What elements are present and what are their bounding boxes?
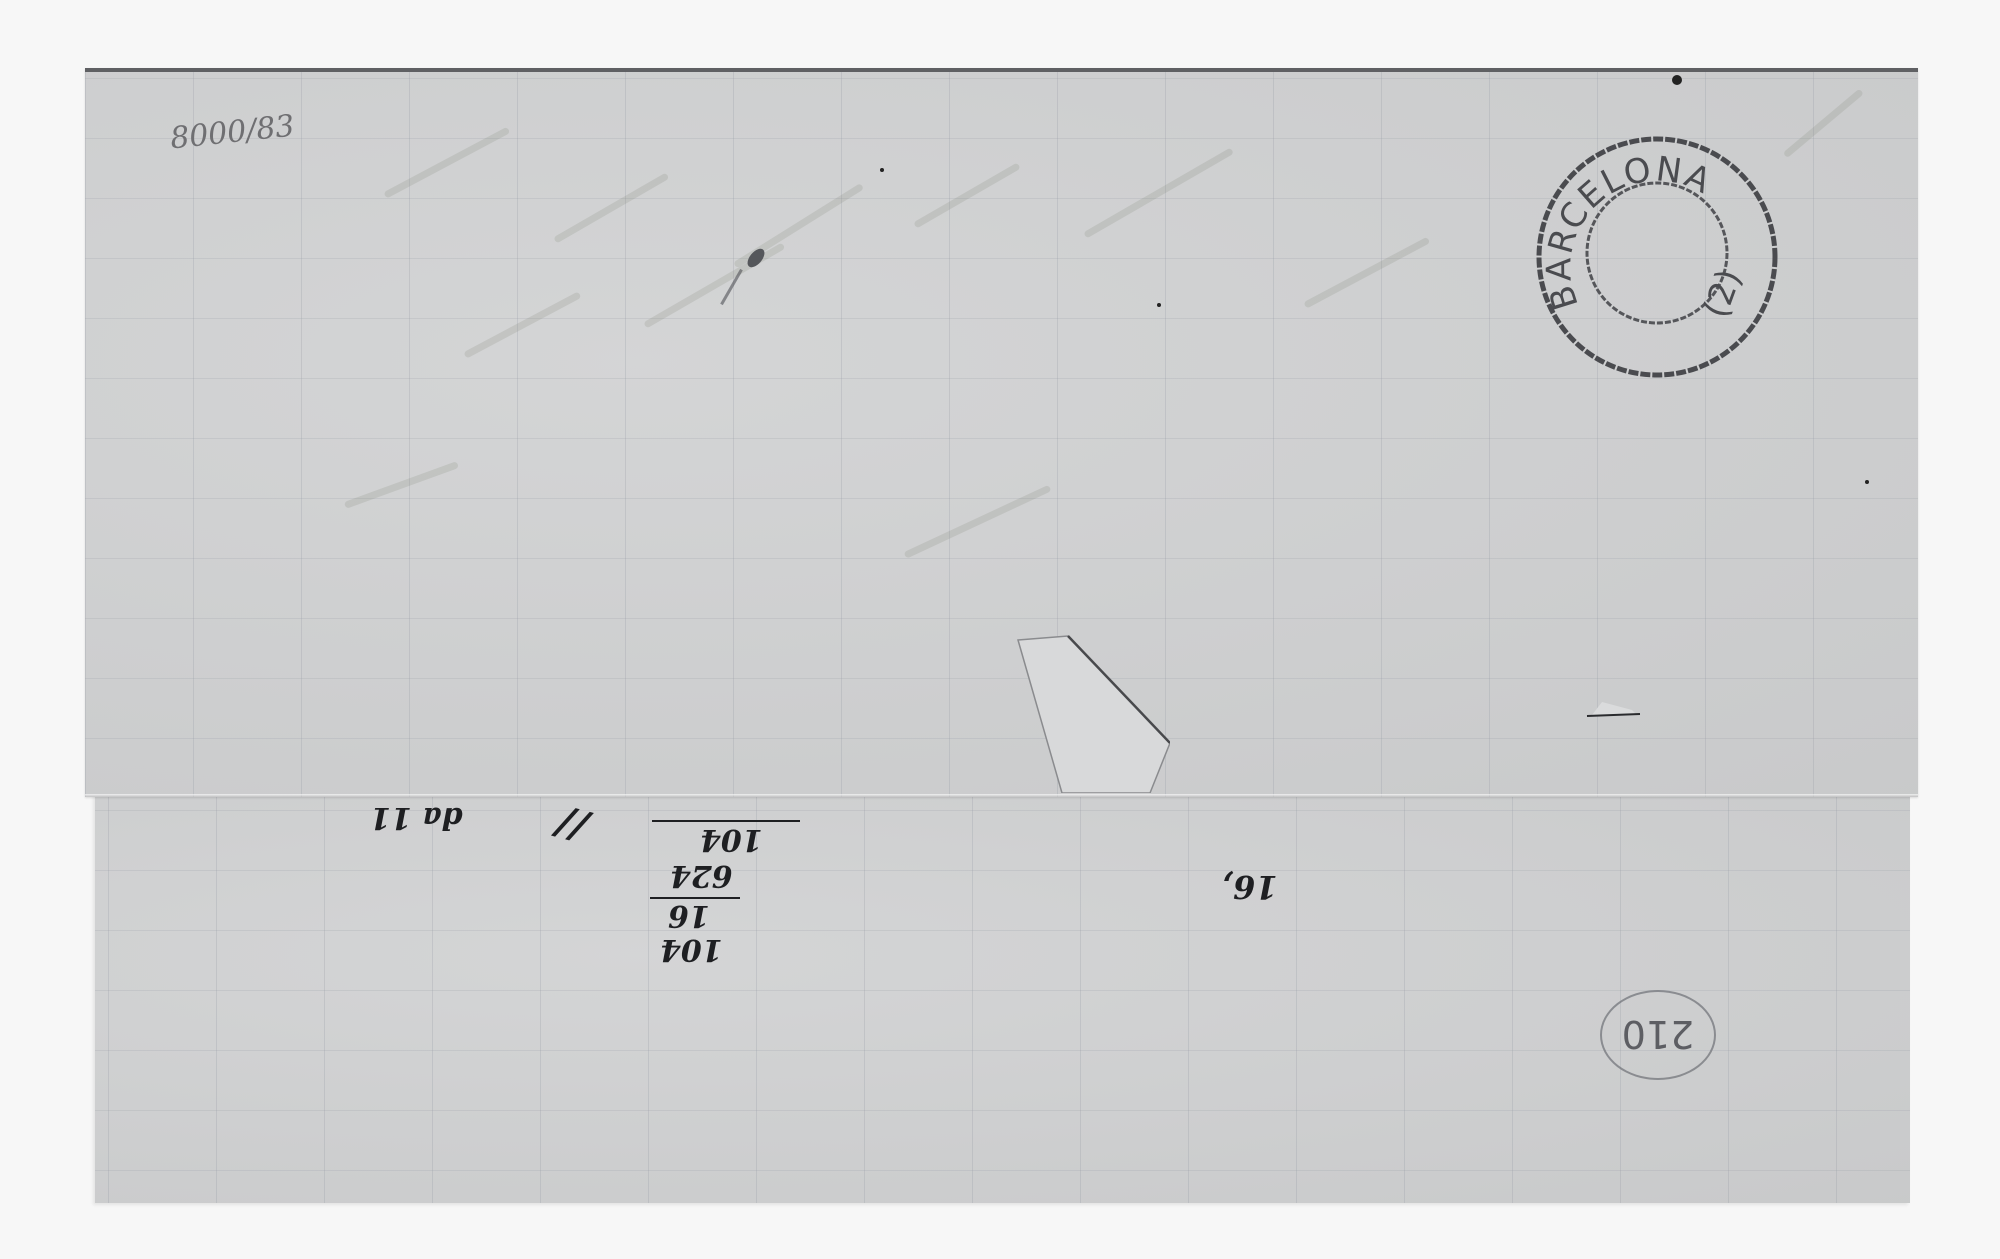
bleed-through-stroke (553, 172, 669, 243)
bleed-through-stroke (463, 291, 581, 358)
bleed-through-stroke (1083, 147, 1234, 238)
bleed-through-stroke (1783, 89, 1864, 159)
calc-line-4: 104 (700, 822, 763, 857)
bleed-through-stroke (904, 485, 1052, 559)
ink-speck (1865, 480, 1869, 484)
postmark-number: (2) (1696, 264, 1750, 323)
circled-pencil-mark: 210 (1600, 990, 1716, 1080)
ink-side-note: 16, (1222, 868, 1278, 906)
barcelona-postmark: BARCELONA (2) (1535, 135, 1780, 380)
bleed-through-stroke (913, 162, 1020, 228)
ink-marks-flipped: da 11 (370, 800, 463, 835)
circled-mark-text: 210 (1602, 1012, 1714, 1056)
postmark-town: BARCELONA (1539, 149, 1718, 314)
bleed-through-stroke (1303, 237, 1430, 309)
bleed-through-stroke (344, 461, 459, 509)
bleed-through-stroke (383, 127, 510, 199)
ink-speck (880, 168, 884, 172)
ink-speck (1157, 303, 1161, 307)
calc-line-2: 16 (668, 898, 710, 933)
small-tear (1582, 700, 1642, 720)
svg-text:BARCELONA: BARCELONA (1539, 149, 1718, 314)
ink-speck (1672, 75, 1682, 85)
torn-seal-flap (1010, 608, 1170, 793)
calc-line-3: 624 (670, 858, 733, 893)
calc-line-1: 104 (660, 932, 723, 967)
